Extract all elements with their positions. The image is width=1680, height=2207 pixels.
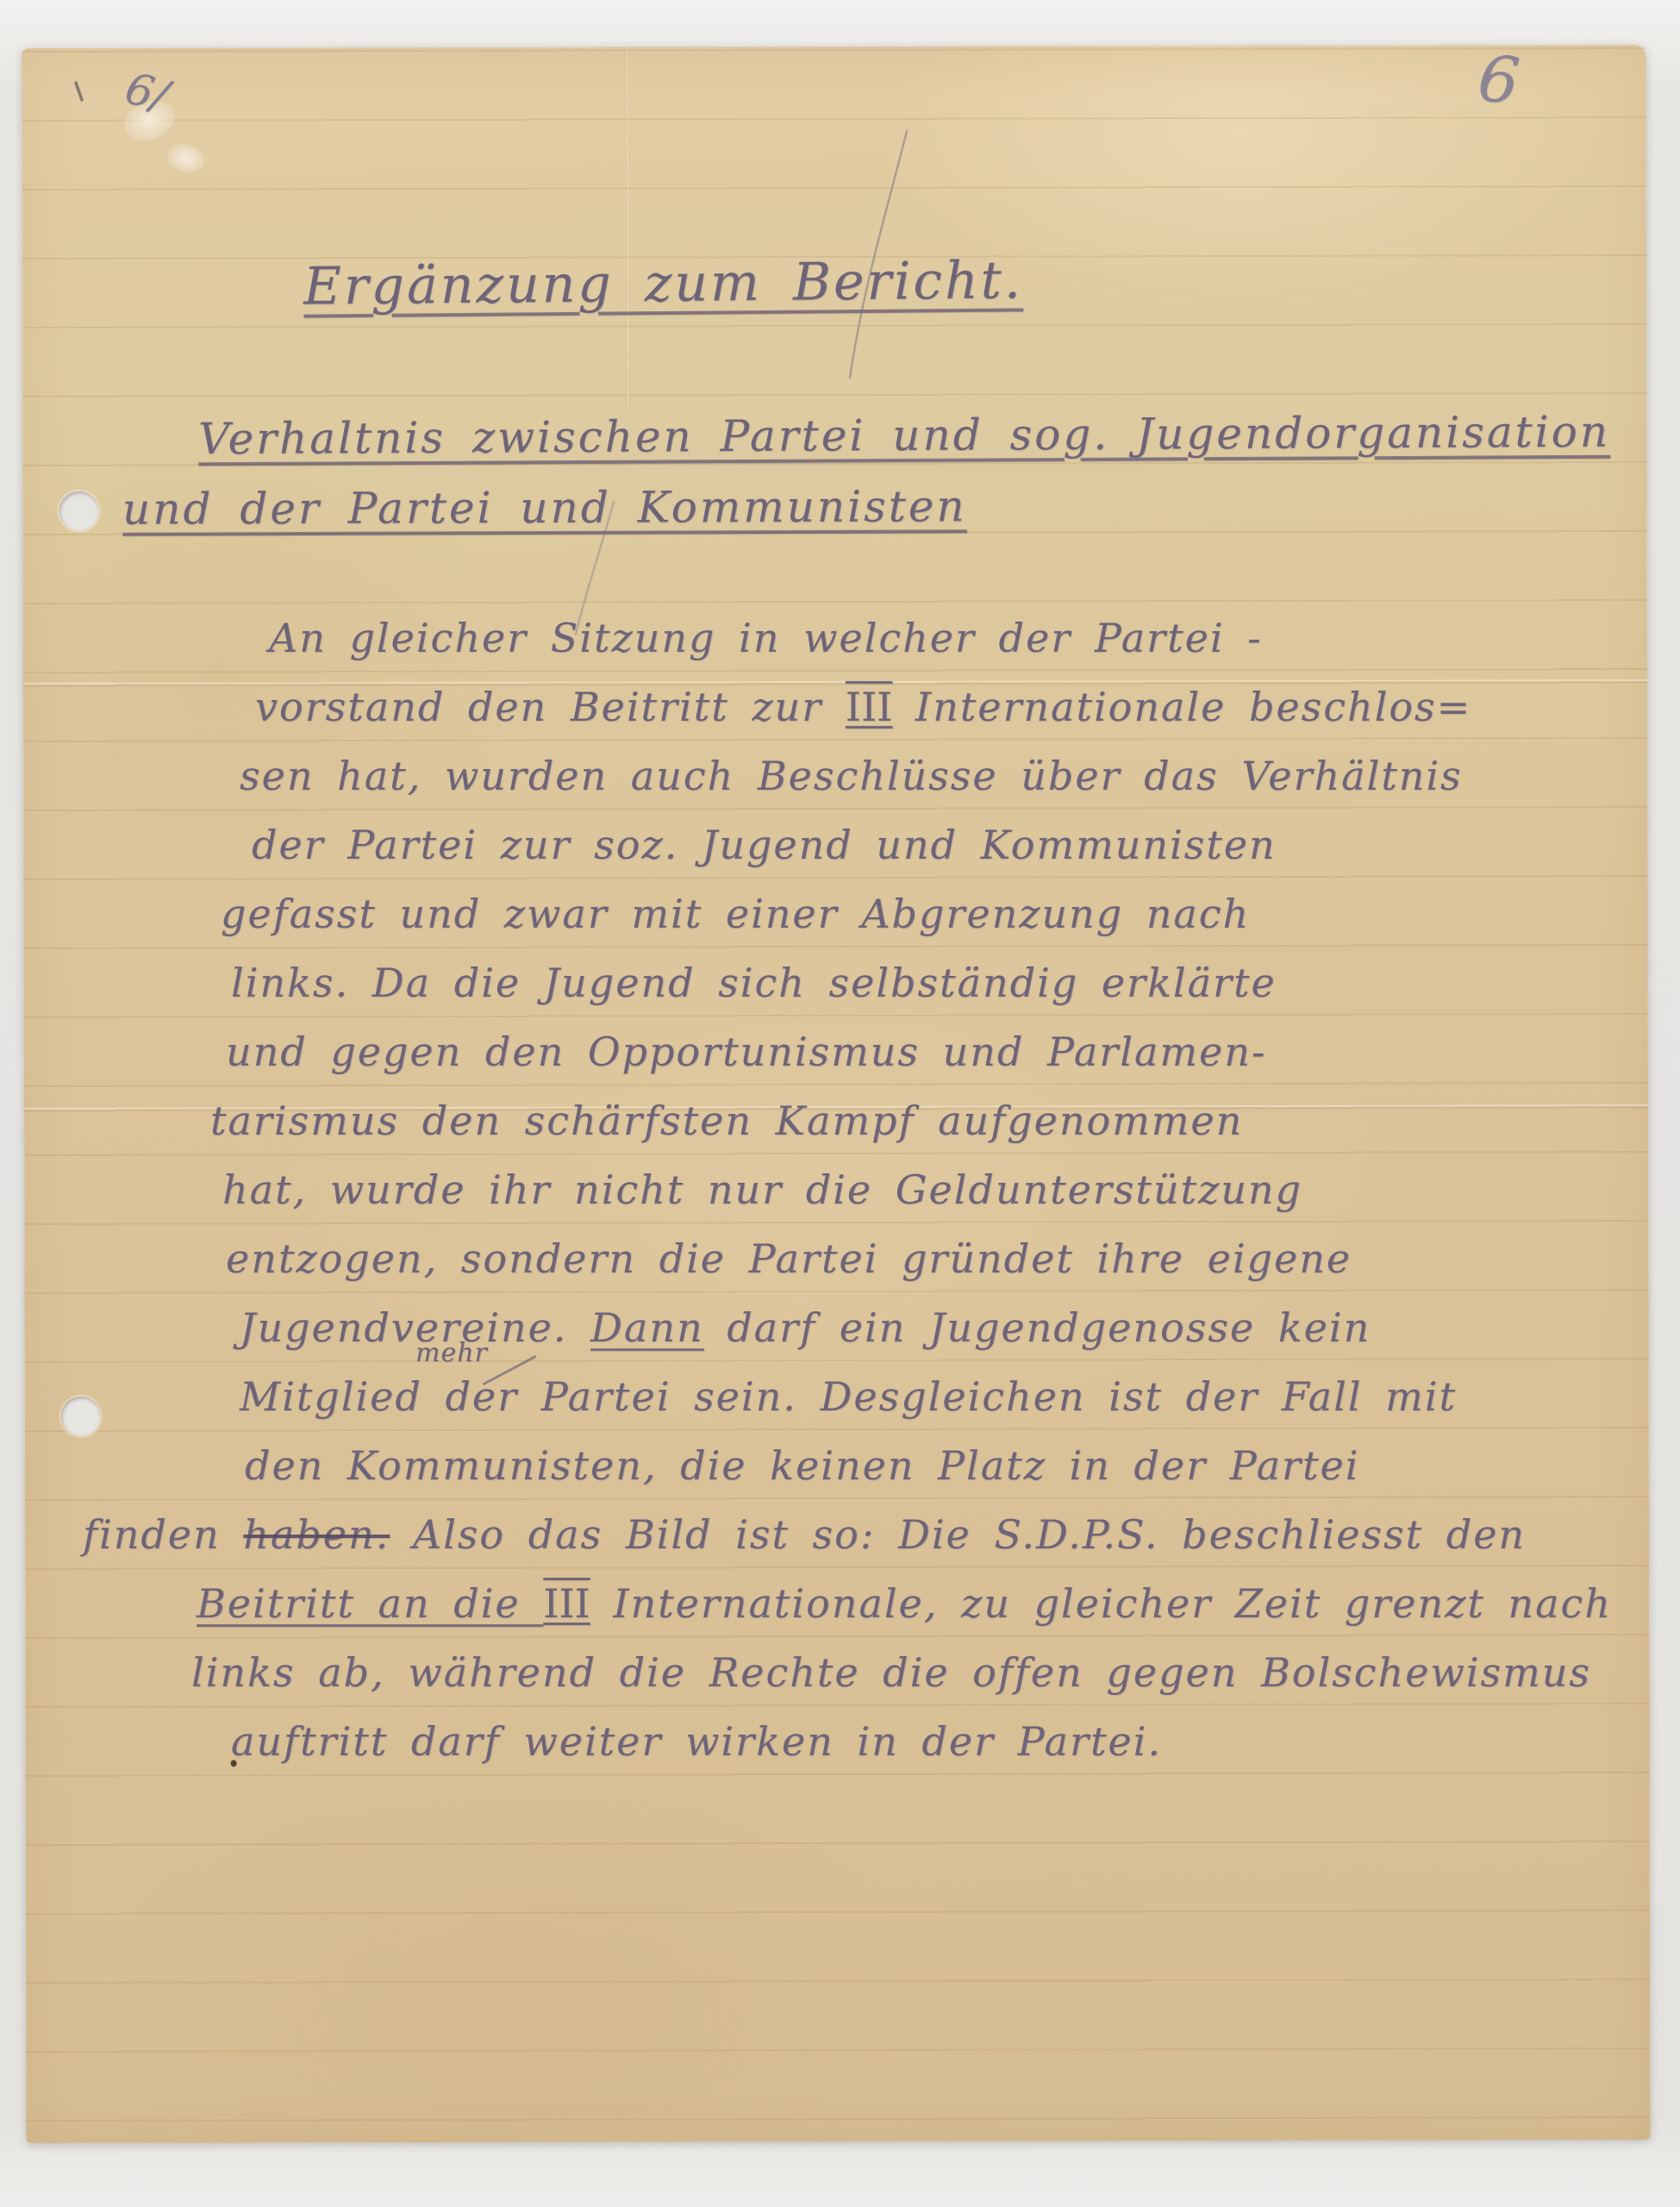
text-segment: der Partei zur soz. Jugend und Kommunist…: [252, 822, 1277, 868]
scan-background: { "page": { "corner_number_right": "6", …: [0, 0, 1680, 2207]
text-segment: Internationale beschlos=: [892, 684, 1471, 730]
text-line: auftritt darf weiter wirken in der Parte…: [231, 1720, 1162, 1764]
text-line: links. Da die Jugend sich selbständig er…: [231, 961, 1277, 1005]
text-line: und gegen den Opportunismus und Parlamen…: [226, 1030, 1266, 1074]
text-segment: links. Da die Jugend sich selbständig er…: [231, 960, 1277, 1006]
text-line: entzogen, sondern die Partei gründet ihr…: [226, 1237, 1352, 1281]
text-segment: Also das Bild ist so: Die S.D.P.S. besch…: [390, 1511, 1526, 1558]
punch-hole-bottom: [61, 1397, 101, 1436]
punch-hole-top: [59, 491, 99, 531]
text-segment: hat, wurde ihr nicht nur die Geldunterst…: [222, 1166, 1302, 1213]
text-segment: darf ein Jugendgenosse kein: [704, 1304, 1371, 1351]
text-line: An gleicher Sitzung in welcher der Parte…: [269, 616, 1263, 660]
text-segment: vorstand den Beitritt zur: [255, 684, 846, 730]
text-segment: An gleicher Sitzung in welcher der Parte…: [269, 615, 1263, 661]
text-segment: auftritt darf weiter wirken in der Parte…: [231, 1718, 1162, 1765]
document-title: Ergänzung zum Bericht.: [303, 252, 1023, 315]
page-number: 6: [1475, 41, 1523, 119]
text-segment: und gegen den Opportunismus und Parlamen…: [226, 1028, 1266, 1075]
text-segment: Mitglied der Partei sein. Desgleichen is…: [240, 1373, 1457, 1420]
paper-damage-spot: [164, 140, 208, 176]
text-line: finden haben. Also das Bild ist so: Die …: [83, 1513, 1526, 1557]
text-segment: links ab, während die Rechte die offen g…: [191, 1649, 1591, 1696]
text-segment: tarismus den schärfsten Kampf aufgenomme…: [210, 1097, 1243, 1144]
text-segment: Internationale, zu gleicher Zeit grenzt …: [590, 1580, 1612, 1627]
text-line: Jugendvereine. Dann darf ein Jugendgenos…: [240, 1306, 1371, 1350]
text-line: vorstand den Beitritt zur III Internatio…: [255, 685, 1471, 729]
text-segment: gefasst und zwar mit einer Abgrenzung na…: [221, 891, 1250, 937]
ruled-lines: [22, 47, 1650, 2143]
struck-word: haben.: [243, 1511, 390, 1558]
text-segment: den Kommunisten, die keinen Platz in der…: [245, 1442, 1359, 1489]
text-segment: sen hat, wurden auch Beschlüsse über das…: [240, 753, 1463, 799]
text-line: der Partei zur soz. Jugend und Kommunist…: [252, 823, 1277, 867]
text-segment: entzogen, sondern die Partei gründet ihr…: [226, 1235, 1352, 1282]
subtitle-line-2: und der Partei und Kommunisten: [122, 483, 967, 533]
text-line: sen hat, wurden auch Beschlüsse über das…: [240, 754, 1463, 798]
text-line: Beitritt an die III Internationale, zu g…: [197, 1582, 1612, 1626]
text-line: den Kommunisten, die keinen Platz in der…: [245, 1444, 1359, 1488]
roman-numeral-III: III: [543, 1580, 590, 1627]
text-line: links ab, während die Rechte die offen g…: [191, 1651, 1591, 1695]
text-line: hat, wurde ihr nicht nur die Geldunterst…: [222, 1168, 1302, 1212]
vertical-crease: [627, 47, 630, 409]
roman-numeral-III: III: [846, 684, 893, 730]
paper-sheet: [22, 45, 1650, 2143]
underlined-word: Dann: [590, 1304, 704, 1351]
text-line: gefasst und zwar mit einer Abgrenzung na…: [221, 892, 1250, 936]
text-segment: finden: [83, 1511, 243, 1558]
text-line: tarismus den schärfsten Kampf aufgenomme…: [210, 1099, 1243, 1143]
subtitle-line-1: Verhaltnis zwischen Partei und sog. Juge…: [198, 409, 1610, 464]
insertion-word: mehr: [415, 1338, 488, 1368]
text-line: Mitglied der Partei sein. Desgleichen is…: [240, 1375, 1457, 1419]
underlined-phrase: Beitritt an die: [197, 1580, 543, 1627]
